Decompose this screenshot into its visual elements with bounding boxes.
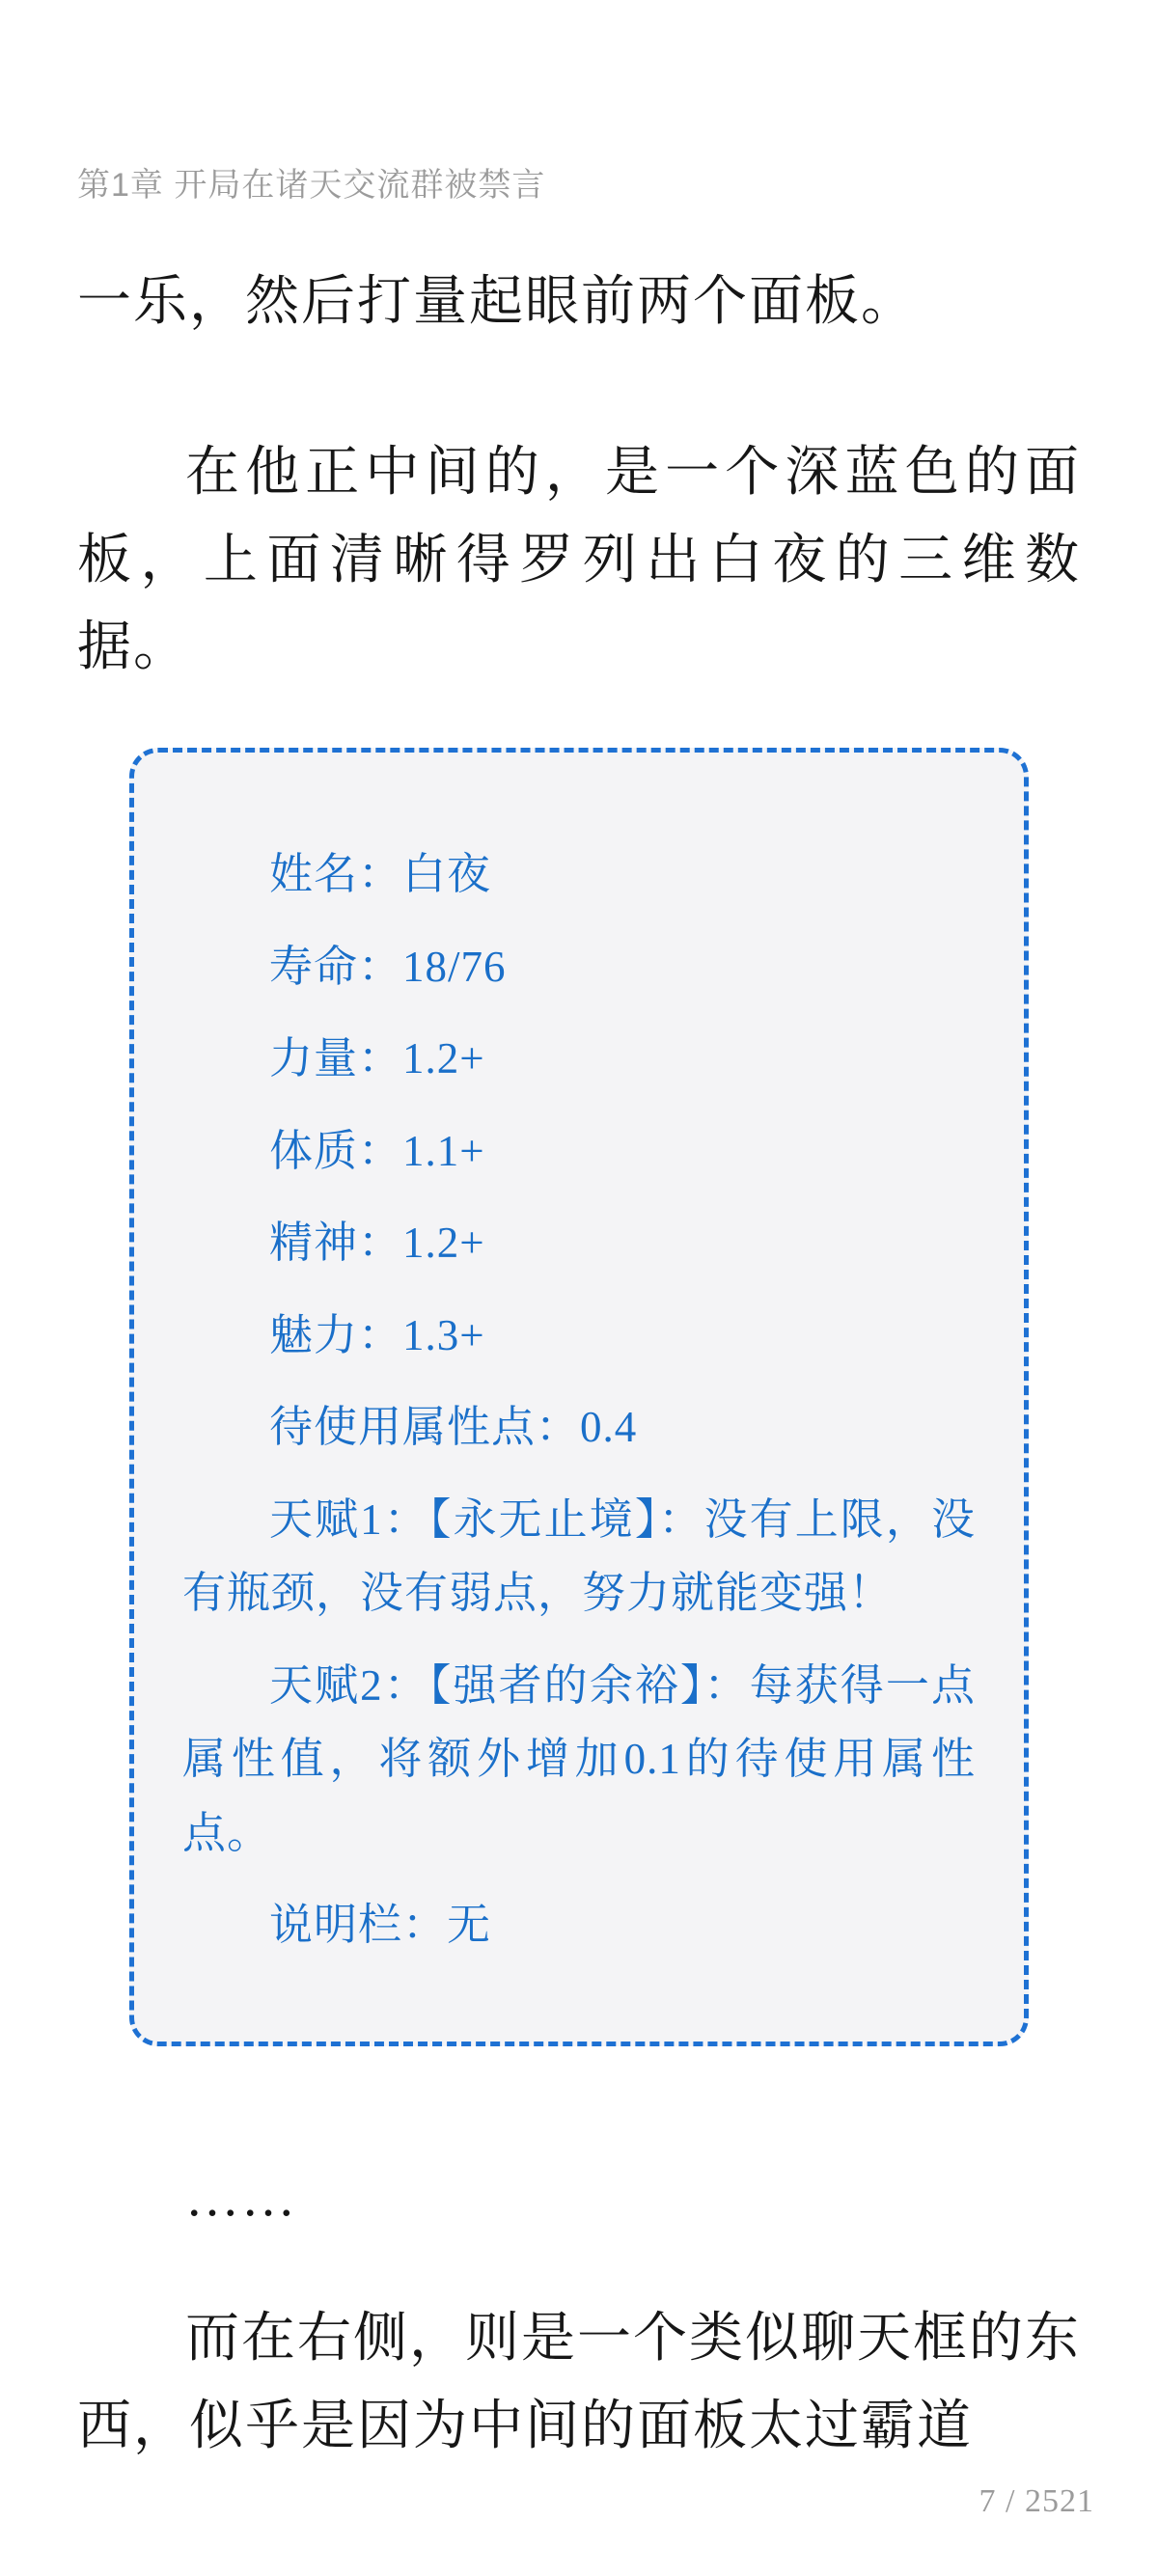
panel-line-name: 姓名：白夜: [182, 837, 976, 912]
ellipsis-paragraph: ……: [77, 2154, 1081, 2242]
status-panel: 姓名：白夜 寿命：18/76 力量：1.2+ 体质：1.1+ 精神：1.2+ 魅…: [129, 748, 1029, 2046]
chapter-title: 第1章 开局在诸天交流群被禁言: [0, 0, 1158, 206]
panel-line-lifespan: 寿命：18/76: [182, 930, 976, 1004]
body-paragraph-2: 在他正中间的，是一个深蓝色的面板，上面清晰得罗列出白夜的三维数据。: [77, 429, 1081, 692]
reader-page[interactable]: 第1章 开局在诸天交流群被禁言 一乐，然后打量起眼前两个面板。 在他正中间的，是…: [0, 0, 1158, 2576]
panel-line-strength: 力量：1.2+: [182, 1022, 976, 1096]
chapter-content: 一乐，然后打量起眼前两个面板。 在他正中间的，是一个深蓝色的面板，上面清晰得罗列…: [0, 259, 1158, 2471]
panel-line-talent-2: 天赋2：【强者的余裕】：每获得一点属性值，将额外增加0.1的待使用属性点。: [182, 1649, 976, 1871]
panel-line-charm: 魅力：1.3+: [182, 1299, 976, 1373]
body-paragraph-3: 而在右侧，则是一个类似聊天框的东西，似乎是因为中间的面板太过霸道: [77, 2295, 1081, 2470]
body-paragraph-1: 一乐，然后打量起眼前两个面板。: [77, 259, 1081, 346]
panel-line-notes: 说明栏：无: [182, 1888, 976, 1962]
panel-line-unused-points: 待使用属性点：0.4: [182, 1390, 976, 1465]
page-indicator: 7 / 2521: [979, 2483, 1094, 2520]
panel-line-spirit: 精神：1.2+: [182, 1206, 976, 1280]
panel-line-constitution: 体质：1.1+: [182, 1114, 976, 1189]
panel-line-talent-1: 天赋1：【永无止境】：没有上限，没有瓶颈，没有弱点，努力就能变强！: [182, 1483, 976, 1631]
